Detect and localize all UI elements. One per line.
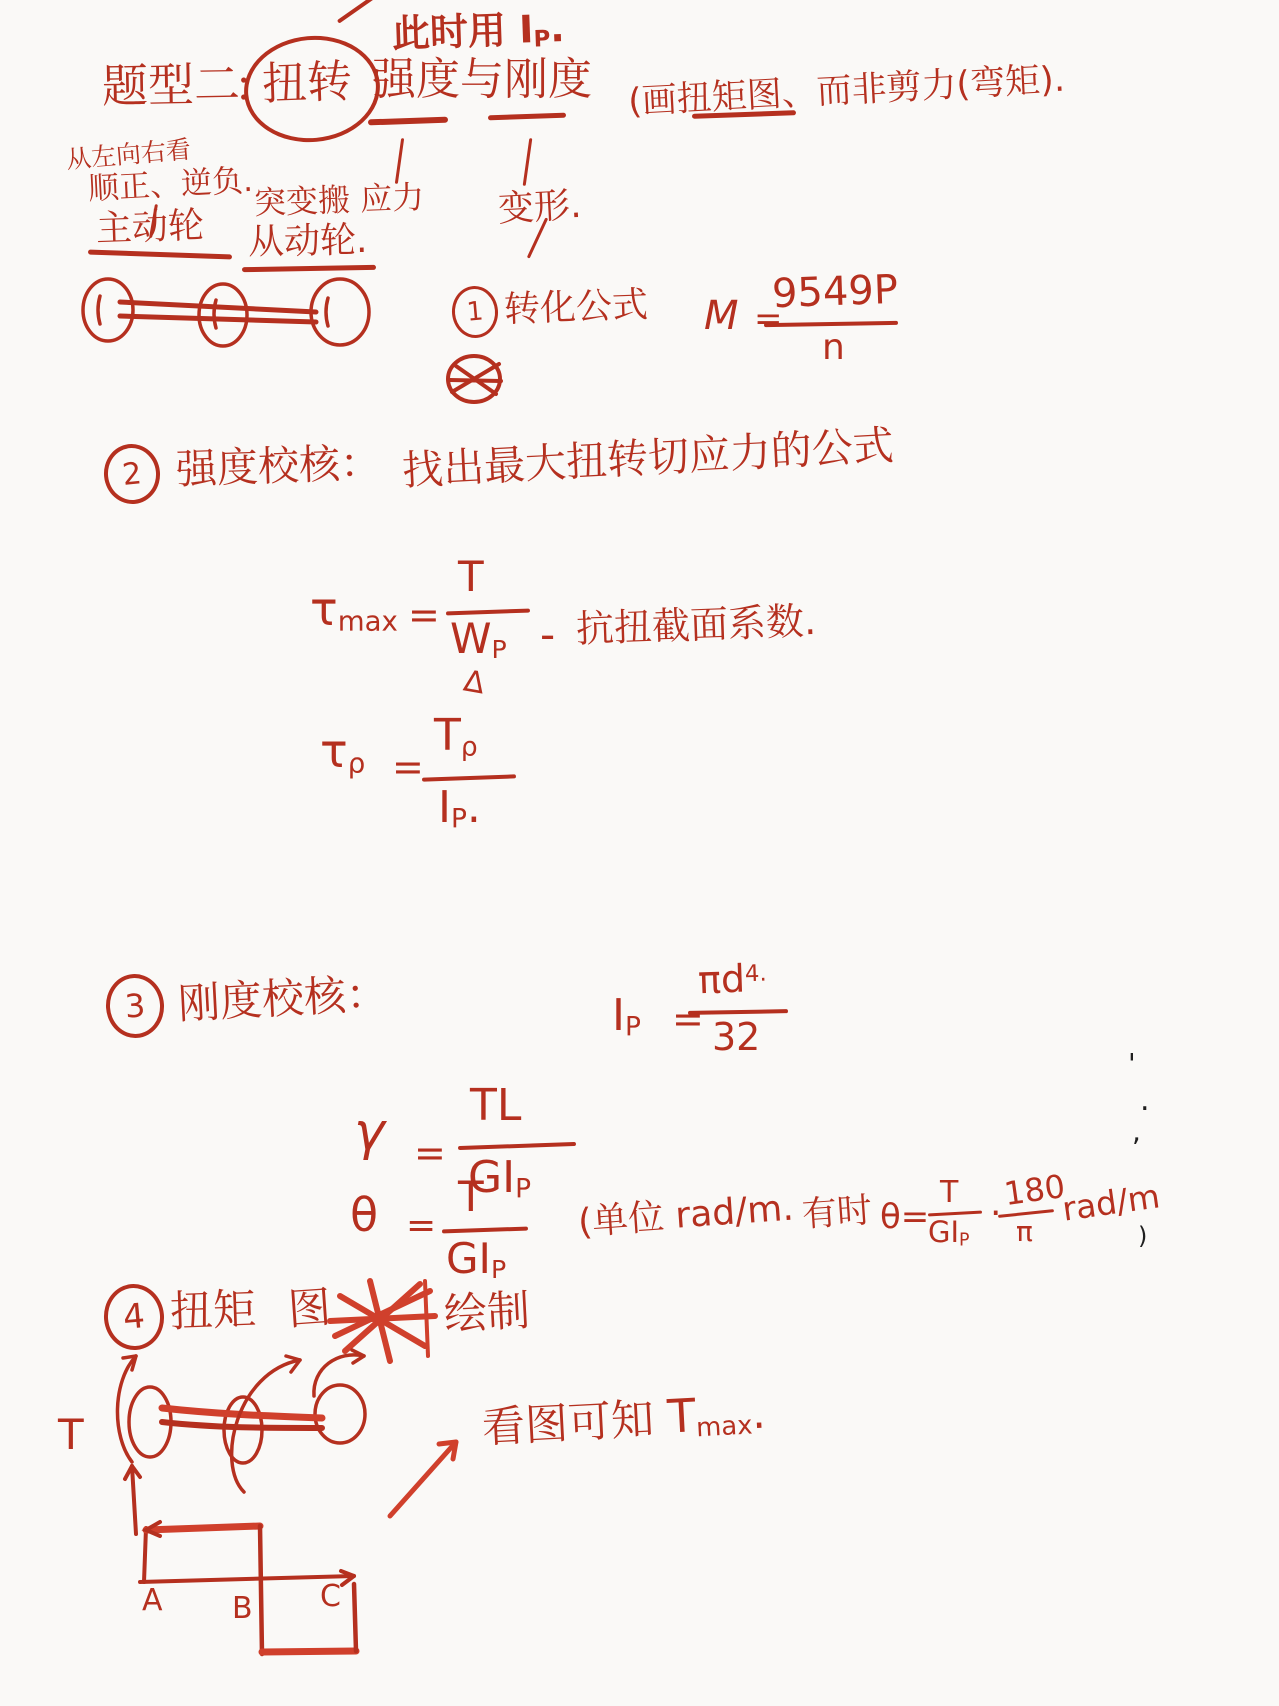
diagram-y-axis — [132, 1466, 136, 1534]
section-1-number: 1 — [450, 284, 500, 340]
small-gip-symbol: GI — [928, 1215, 959, 1249]
caption-pointer-arrow — [378, 1428, 473, 1523]
section-4-number: 4 — [101, 1282, 167, 1353]
deg-numerator: 180 — [1002, 1170, 1067, 1210]
deg-denominator: π — [1016, 1218, 1033, 1246]
section-4-digit: 4 — [121, 1296, 146, 1338]
section-2-label: 强度校核： — [175, 442, 381, 490]
wheel-right — [311, 279, 369, 345]
rho-subscript: ρ — [461, 731, 478, 762]
section-4-label-draw: 绘制 — [443, 1290, 531, 1337]
page-title-rest: 强度与刚度 — [372, 58, 592, 102]
wheel-right-hub — [326, 298, 328, 326]
theta-second-lhs: θ= — [880, 1200, 929, 1234]
formula-gamma-equals: = — [414, 1134, 446, 1172]
gip-subscript: P — [515, 1173, 531, 1204]
formula-ip-denominator: 32 — [712, 1018, 760, 1056]
tau-rho-subscript: ρ — [348, 747, 366, 780]
wheel-middle — [199, 284, 247, 346]
caption-text: 看图可知 — [481, 1394, 655, 1453]
formula-trho-fraction-bar — [422, 774, 516, 781]
pi-d-symbol: πd — [697, 957, 746, 1003]
formula-m-denominator: n — [822, 330, 845, 366]
underline-driver-wheel — [88, 249, 232, 259]
formula-gamma-numerator: TL — [470, 1084, 521, 1128]
theta-gip-symbol: GI — [446, 1234, 491, 1283]
axis-label-a: A — [142, 1586, 163, 1616]
formula-gamma-lhs: γ — [354, 1106, 385, 1158]
theta-sometimes: 有时 — [801, 1194, 873, 1234]
wheel-right-2 — [315, 1385, 365, 1443]
formula-gamma-fraction-bar — [458, 1142, 576, 1150]
shaft-sketch-top — [70, 262, 400, 374]
section-2-number: 2 — [101, 441, 163, 507]
note-stress-change: 突变搬 应力 — [253, 181, 424, 219]
section-3-label: 刚度校核： — [177, 973, 389, 1026]
margin-mark-paren: ) — [1138, 1224, 1147, 1248]
theta-gip-subscript: P — [491, 1255, 506, 1284]
shaft-line-bottom — [120, 316, 316, 322]
axis-label-b: B — [232, 1594, 253, 1624]
note-driver-wheel: 主动轮 — [95, 208, 204, 248]
formula-trho-denominator: IP. — [438, 786, 481, 833]
wp-subscript: P — [492, 635, 507, 664]
section-2-digit: 2 — [121, 456, 144, 493]
formula-tmax-denominator: WP — [450, 618, 507, 662]
section-1-digit: 1 — [465, 296, 484, 327]
formula-theta-denominator: GIP — [446, 1238, 506, 1282]
formula-ip-numerator: πd4. — [697, 959, 767, 999]
formula-tmax-numerator: T — [458, 556, 484, 598]
formula-theta-lhs: θ — [350, 1192, 378, 1238]
top-note: 此时用 IP. — [391, 9, 565, 56]
ip-lhs-symbol: I — [612, 990, 625, 1041]
ip-subscript: P — [451, 803, 467, 834]
caption-max-subscript: max — [695, 1410, 753, 1443]
margin-mark-dot: . — [1140, 1086, 1150, 1116]
wp-symbol: W — [450, 614, 492, 663]
margin-mark-comma: , — [1132, 1118, 1141, 1146]
note-sign-convention: 顺正、逆负. — [87, 166, 253, 206]
section-4-label-torque: 扭矩 — [169, 1289, 256, 1335]
formula-trho-numerator: Tρ — [434, 714, 478, 761]
top-note-subscript: P — [533, 26, 551, 53]
step-top-edge — [146, 1526, 260, 1530]
wheel-left — [83, 279, 133, 341]
pointer-line-strength — [395, 138, 404, 184]
small-gip-subscript: P — [959, 1230, 970, 1250]
wheel-middle-hub — [214, 300, 216, 328]
tau-rho-symbol: τ — [320, 724, 348, 778]
formula-tmax-equals: = — [408, 596, 440, 634]
formula-m-numerator: 9549P — [771, 270, 898, 314]
theta-small-denominator: GIP — [928, 1218, 970, 1250]
theta-unit2: rad/m — [1060, 1179, 1162, 1225]
formula-ip-equals: = — [672, 1000, 704, 1038]
underline-strength — [368, 117, 448, 126]
tau-max-subscript: max — [338, 605, 398, 638]
theta-small-numerator: T — [940, 1178, 958, 1208]
top-note-text: 此时用 — [391, 8, 506, 56]
formula-theta-equals: = — [406, 1208, 436, 1244]
shaft-2-line-bottom — [162, 1422, 322, 1428]
exponent-4: 4 — [744, 961, 759, 987]
title-circle-tail — [337, 0, 382, 24]
shaft-t-label: T — [58, 1414, 84, 1456]
formula-theta-fraction-bar — [442, 1227, 528, 1234]
title-circled-word: 扭转 — [261, 58, 353, 106]
section-3-number: 3 — [104, 972, 166, 1040]
top-note-symbol: I — [518, 7, 534, 51]
formula-theta-numerator: T — [458, 1176, 484, 1218]
title-side-note: (画扭矩图、而非剪力(弯矩). — [627, 63, 1065, 121]
caption-t-symbol: T — [666, 1388, 697, 1443]
formula-ip-fraction-bar — [688, 1009, 788, 1015]
t-symbol: T — [434, 710, 461, 761]
formula-m-lhs: M — [704, 296, 739, 336]
step-middle-edge — [260, 1526, 262, 1654]
section-4-label-diagram: 图 — [287, 1287, 333, 1333]
formula-trho-lhs: τρ — [320, 728, 365, 777]
theta-unit-note: (单位 rad/m. — [577, 1191, 795, 1242]
section-1-label: 转化公式 — [503, 287, 648, 328]
axis-label-c: C — [320, 1582, 341, 1612]
torque-step-diagram — [112, 1452, 392, 1706]
caption-period: . — [751, 1389, 767, 1440]
handwritten-notes-page: 此时用 IP. 题型二 ： 扭转 强度与刚度 (画扭矩图、而非剪力(弯矩). 从… — [0, 0, 1279, 1706]
formula-ip-lhs: IP — [612, 994, 641, 1041]
tau-symbol: τ — [310, 582, 338, 636]
caption-tmax: 看图可知 Tmax. — [481, 1389, 767, 1454]
ip-lhs-subscript: P — [625, 1011, 641, 1042]
section-3-digit: 3 — [124, 986, 147, 1025]
ip-symbol: I — [438, 782, 451, 833]
formula-trho-equals: = — [392, 748, 424, 786]
margin-mark-apostrophe: ' — [1128, 1050, 1136, 1078]
formula-tmax-lhs: τmax — [310, 586, 398, 635]
note-deformation: 变形. — [497, 188, 582, 228]
formula-tmax-caption: 抗扭截面系数. — [575, 602, 816, 648]
step-left-edge — [144, 1528, 146, 1582]
formula-tmax-dash: - — [540, 614, 555, 656]
shaft-line-top — [120, 302, 316, 312]
underline-stiffness — [488, 113, 566, 121]
step-bottom-edge — [262, 1651, 356, 1652]
ip-period: . — [467, 782, 481, 833]
pointer-line-stiffness — [523, 138, 533, 186]
wheel-left-hub — [98, 296, 100, 324]
note-driven-wheel: 从动轮. — [248, 223, 368, 261]
top-note-dot: . — [549, 6, 565, 50]
section-2-note: 找出最大扭转切应力的公式 — [401, 425, 894, 492]
delta-mark: ∆ — [462, 666, 487, 699]
exponent-dot: . — [759, 961, 767, 987]
scribble-crossed-circle — [444, 352, 508, 408]
page-title-prefix: 题型二 — [102, 61, 241, 109]
step-right-edge — [354, 1584, 356, 1651]
